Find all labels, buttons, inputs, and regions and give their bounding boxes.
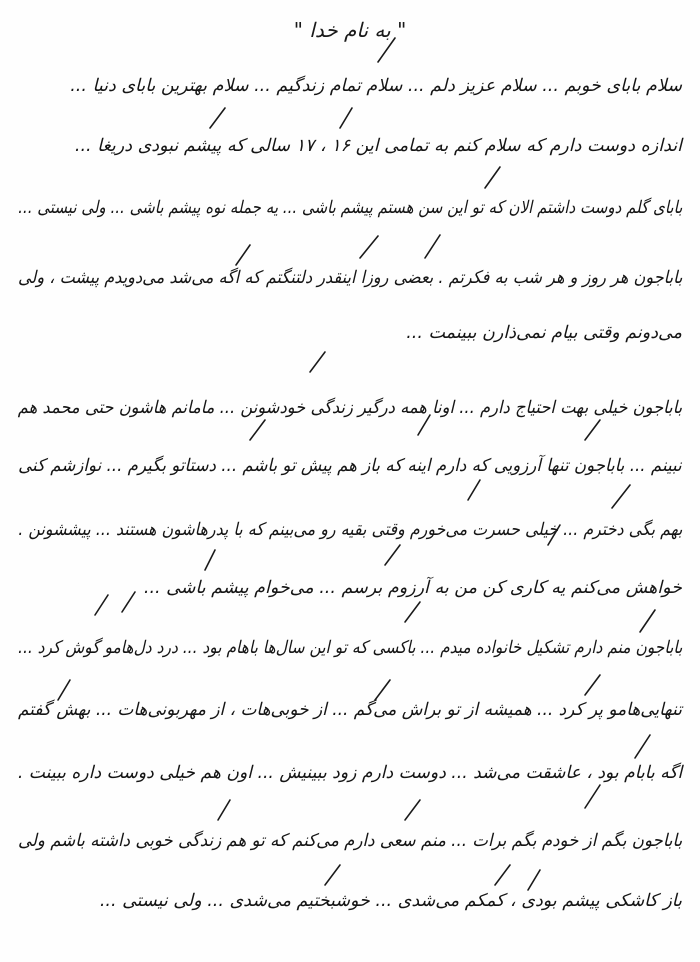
letter-line-11: تنهایی‌هامو پر کرد ... همیشه از تو براش …: [18, 702, 682, 720]
letter-line-4: باباجون هر روز و هر شب به فکرتم . بعضی ر…: [18, 270, 682, 288]
letter-line-3: بابای گلم دوست داشتم الان که تو این سن ه…: [18, 200, 682, 218]
letter-page: " به نام خدا " سلام بابای خوبم ... سلام …: [0, 0, 700, 962]
letter-title: " به نام خدا ": [0, 18, 700, 42]
letter-line-6: باباجون خیلی بهت احتیاج دارم ... اونا هم…: [17, 400, 682, 418]
letter-line-9: خواهش می‌کنم یه کاری کن من به آرزوم برسم…: [144, 580, 682, 598]
letter-line-5: می‌دونم وقتی بیام نمی‌ذارن ببینمت ...: [406, 325, 682, 343]
letter-line-14: باز کاشکی پیشم بودی ، کمکم می‌شدی ... خو…: [100, 893, 682, 911]
letter-line-7: نبینم ... باباجون تنها آرزویی که دارم ای…: [19, 458, 682, 476]
letter-line-1: سلام بابای خوبم ... سلام عزیز دلم ... سل…: [70, 78, 682, 96]
letter-line-8: بهم بگی دخترم ... خیلی حسرت می‌خورم وقتی…: [18, 522, 682, 540]
letter-line-10: باباجون منم دارم تشکیل خانواده میدم ... …: [18, 640, 682, 658]
letter-line-13: باباجون بگم از خودم بگم برات ... منم سعی…: [18, 833, 682, 851]
letter-line-2: اندازه دوست دارم که سلام کنم به تمامی ای…: [75, 138, 682, 156]
letter-line-12: اگه بابام بود ، عاشقت می‌شد ... دوست دار…: [18, 765, 682, 783]
